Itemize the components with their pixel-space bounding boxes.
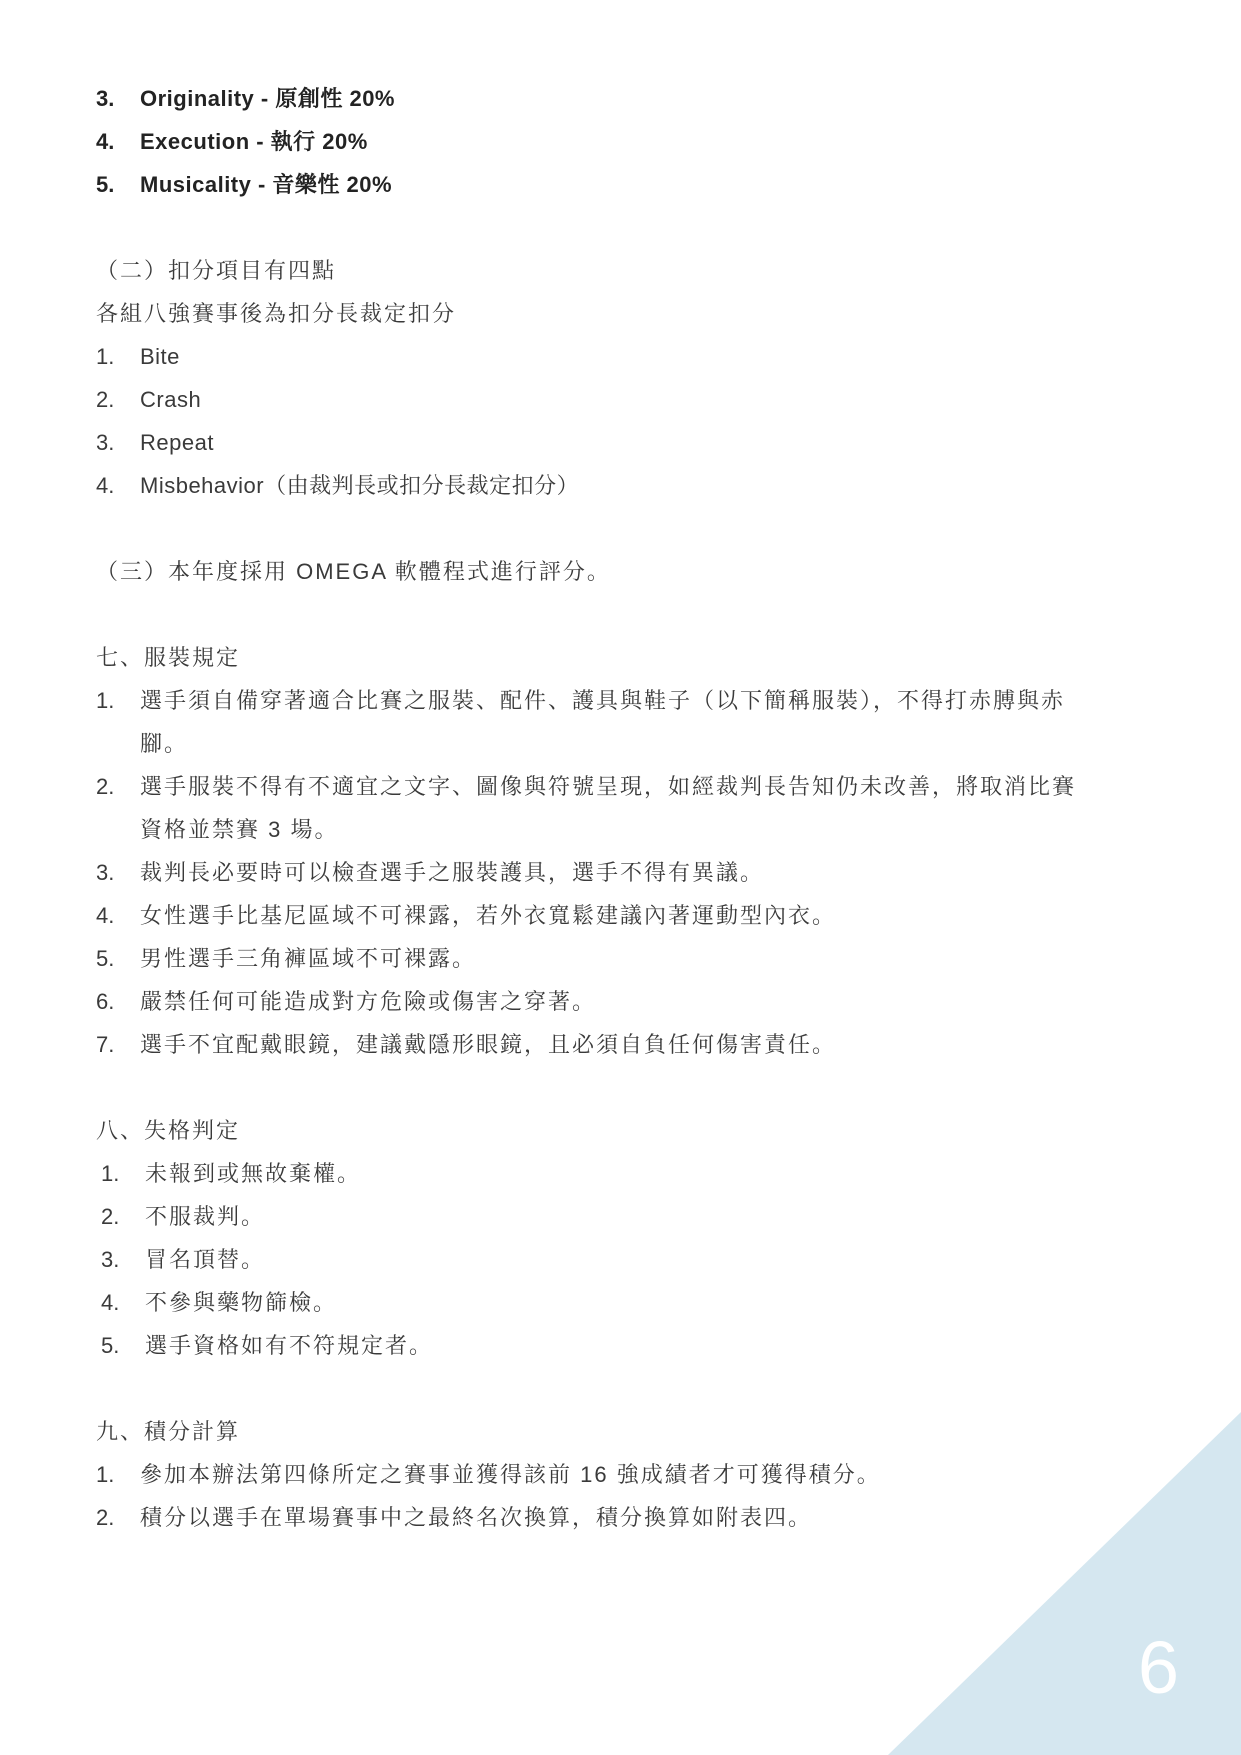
item-text: 選手不宜配戴眼鏡，建議戴隱形眼鏡，且必須自負任何傷害責任。 [140,1023,1141,1066]
list-item: 5. 選手資格如有不符規定者。 [96,1324,1141,1367]
item-text: 選手資格如有不符規定者。 [145,1324,1141,1367]
list-item: 1. 未報到或無故棄權。 [96,1152,1141,1195]
section-heading: 九、積分計算 [96,1410,1141,1453]
section-heading: 七、服裝規定 [96,636,1141,679]
criteria-item: 5. Musicality - 音樂性 20% [96,163,1141,206]
item-number: 1. [101,1152,145,1195]
list-item: 3. Repeat [96,421,1141,464]
item-number: 2. [96,1496,140,1539]
item-text: Musicality - 音樂性 20% [140,163,1141,206]
item-text: 未報到或無故棄權。 [145,1152,1141,1195]
item-text: Originality - 原創性 20% [140,77,1141,120]
item-number: 4. [101,1281,145,1324]
section-heading: （三）本年度採用 OMEGA 軟體程式進行評分。 [96,550,1141,593]
list-item: 2. 不服裁判。 [96,1195,1141,1238]
list-item: 1. 參加本辦法第四條所定之賽事並獲得該前 16 強成績者才可獲得積分。 [96,1453,1141,1496]
section-disqualification: 八、失格判定 1. 未報到或無故棄權。 2. 不服裁判。 3. 冒名頂替。 4.… [96,1109,1141,1367]
item-text: Repeat [140,421,1141,464]
item-number: 2. [96,765,140,808]
item-text: Misbehavior（由裁判長或扣分長裁定扣分） [140,464,1141,507]
list-item: 1. Bite [96,335,1141,378]
item-number: 3. [96,421,140,464]
document-content: 3. Originality - 原創性 20% 4. Execution - … [96,77,1141,1539]
item-number: 1. [96,679,140,722]
list-item: 7. 選手不宜配戴眼鏡，建議戴隱形眼鏡，且必須自負任何傷害責任。 [96,1023,1141,1066]
item-text: 積分以選手在單場賽事中之最終名次換算，積分換算如附表四。 [140,1496,1141,1539]
item-text: Bite [140,335,1141,378]
item-number: 1. [96,1453,140,1496]
criteria-list: 3. Originality - 原創性 20% 4. Execution - … [96,77,1141,206]
page-number: 6 [1138,1631,1179,1705]
item-number: 1. [96,335,140,378]
section-deduction: （二）扣分項目有四點 各組八強賽事後為扣分長裁定扣分 1. Bite 2. Cr… [96,249,1141,507]
item-text: 裁判長必要時可以檢查選手之服裝護具，選手不得有異議。 [140,851,1141,894]
item-number: 5. [101,1324,145,1367]
list-item: 4. 不參與藥物篩檢。 [96,1281,1141,1324]
item-text: 不服裁判。 [145,1195,1141,1238]
list-item: 2. 選手服裝不得有不適宜之文字、圖像與符號呈現，如經裁判長告知仍未改善，將取消… [96,765,1141,851]
item-number: 6. [96,980,140,1023]
item-number: 3. [96,77,140,120]
item-number: 2. [96,378,140,421]
item-text: 男性選手三角褲區域不可裸露。 [140,937,1141,980]
item-number: 4. [96,464,140,507]
item-text: 冒名頂替。 [145,1238,1141,1281]
item-number: 4. [96,120,140,163]
section-heading: 八、失格判定 [96,1109,1141,1152]
list-item: 6. 嚴禁任何可能造成對方危險或傷害之穿著。 [96,980,1141,1023]
section-dress-code: 七、服裝規定 1. 選手須自備穿著適合比賽之服裝、配件、護具與鞋子（以下簡稱服裝… [96,636,1141,1066]
criteria-item: 4. Execution - 執行 20% [96,120,1141,163]
list-item: 4. 女性選手比基尼區域不可裸露，若外衣寬鬆建議內著運動型內衣。 [96,894,1141,937]
section-subheading: 各組八強賽事後為扣分長裁定扣分 [96,292,1141,335]
list-item: 5. 男性選手三角褲區域不可裸露。 [96,937,1141,980]
section-scoring-software: （三）本年度採用 OMEGA 軟體程式進行評分。 [96,550,1141,593]
item-text: 嚴禁任何可能造成對方危險或傷害之穿著。 [140,980,1141,1023]
item-text: Execution - 執行 20% [140,120,1141,163]
list-item: 2. 積分以選手在單場賽事中之最終名次換算，積分換算如附表四。 [96,1496,1141,1539]
list-item: 3. 冒名頂替。 [96,1238,1141,1281]
item-number: 7. [96,1023,140,1066]
item-number: 2. [101,1195,145,1238]
item-text: 不參與藥物篩檢。 [145,1281,1141,1324]
list-item: 3. 裁判長必要時可以檢查選手之服裝護具，選手不得有異議。 [96,851,1141,894]
item-text: 女性選手比基尼區域不可裸露，若外衣寬鬆建議內著運動型內衣。 [140,894,1141,937]
item-text: 選手須自備穿著適合比賽之服裝、配件、護具與鞋子（以下簡稱服裝），不得打赤膊與赤 … [140,679,1141,765]
item-number: 5. [96,163,140,206]
criteria-item: 3. Originality - 原創性 20% [96,77,1141,120]
list-item: 4. Misbehavior（由裁判長或扣分長裁定扣分） [96,464,1141,507]
item-number: 4. [96,894,140,937]
item-number: 3. [101,1238,145,1281]
list-item: 1. 選手須自備穿著適合比賽之服裝、配件、護具與鞋子（以下簡稱服裝），不得打赤膊… [96,679,1141,765]
item-number: 5. [96,937,140,980]
item-text: Crash [140,378,1141,421]
section-heading: （二）扣分項目有四點 [96,249,1141,292]
item-text: 參加本辦法第四條所定之賽事並獲得該前 16 強成績者才可獲得積分。 [140,1453,1141,1496]
list-item: 2. Crash [96,378,1141,421]
item-number: 3. [96,851,140,894]
item-text: 選手服裝不得有不適宜之文字、圖像與符號呈現，如經裁判長告知仍未改善，將取消比賽 … [140,765,1141,851]
section-points: 九、積分計算 1. 參加本辦法第四條所定之賽事並獲得該前 16 強成績者才可獲得… [96,1410,1141,1539]
